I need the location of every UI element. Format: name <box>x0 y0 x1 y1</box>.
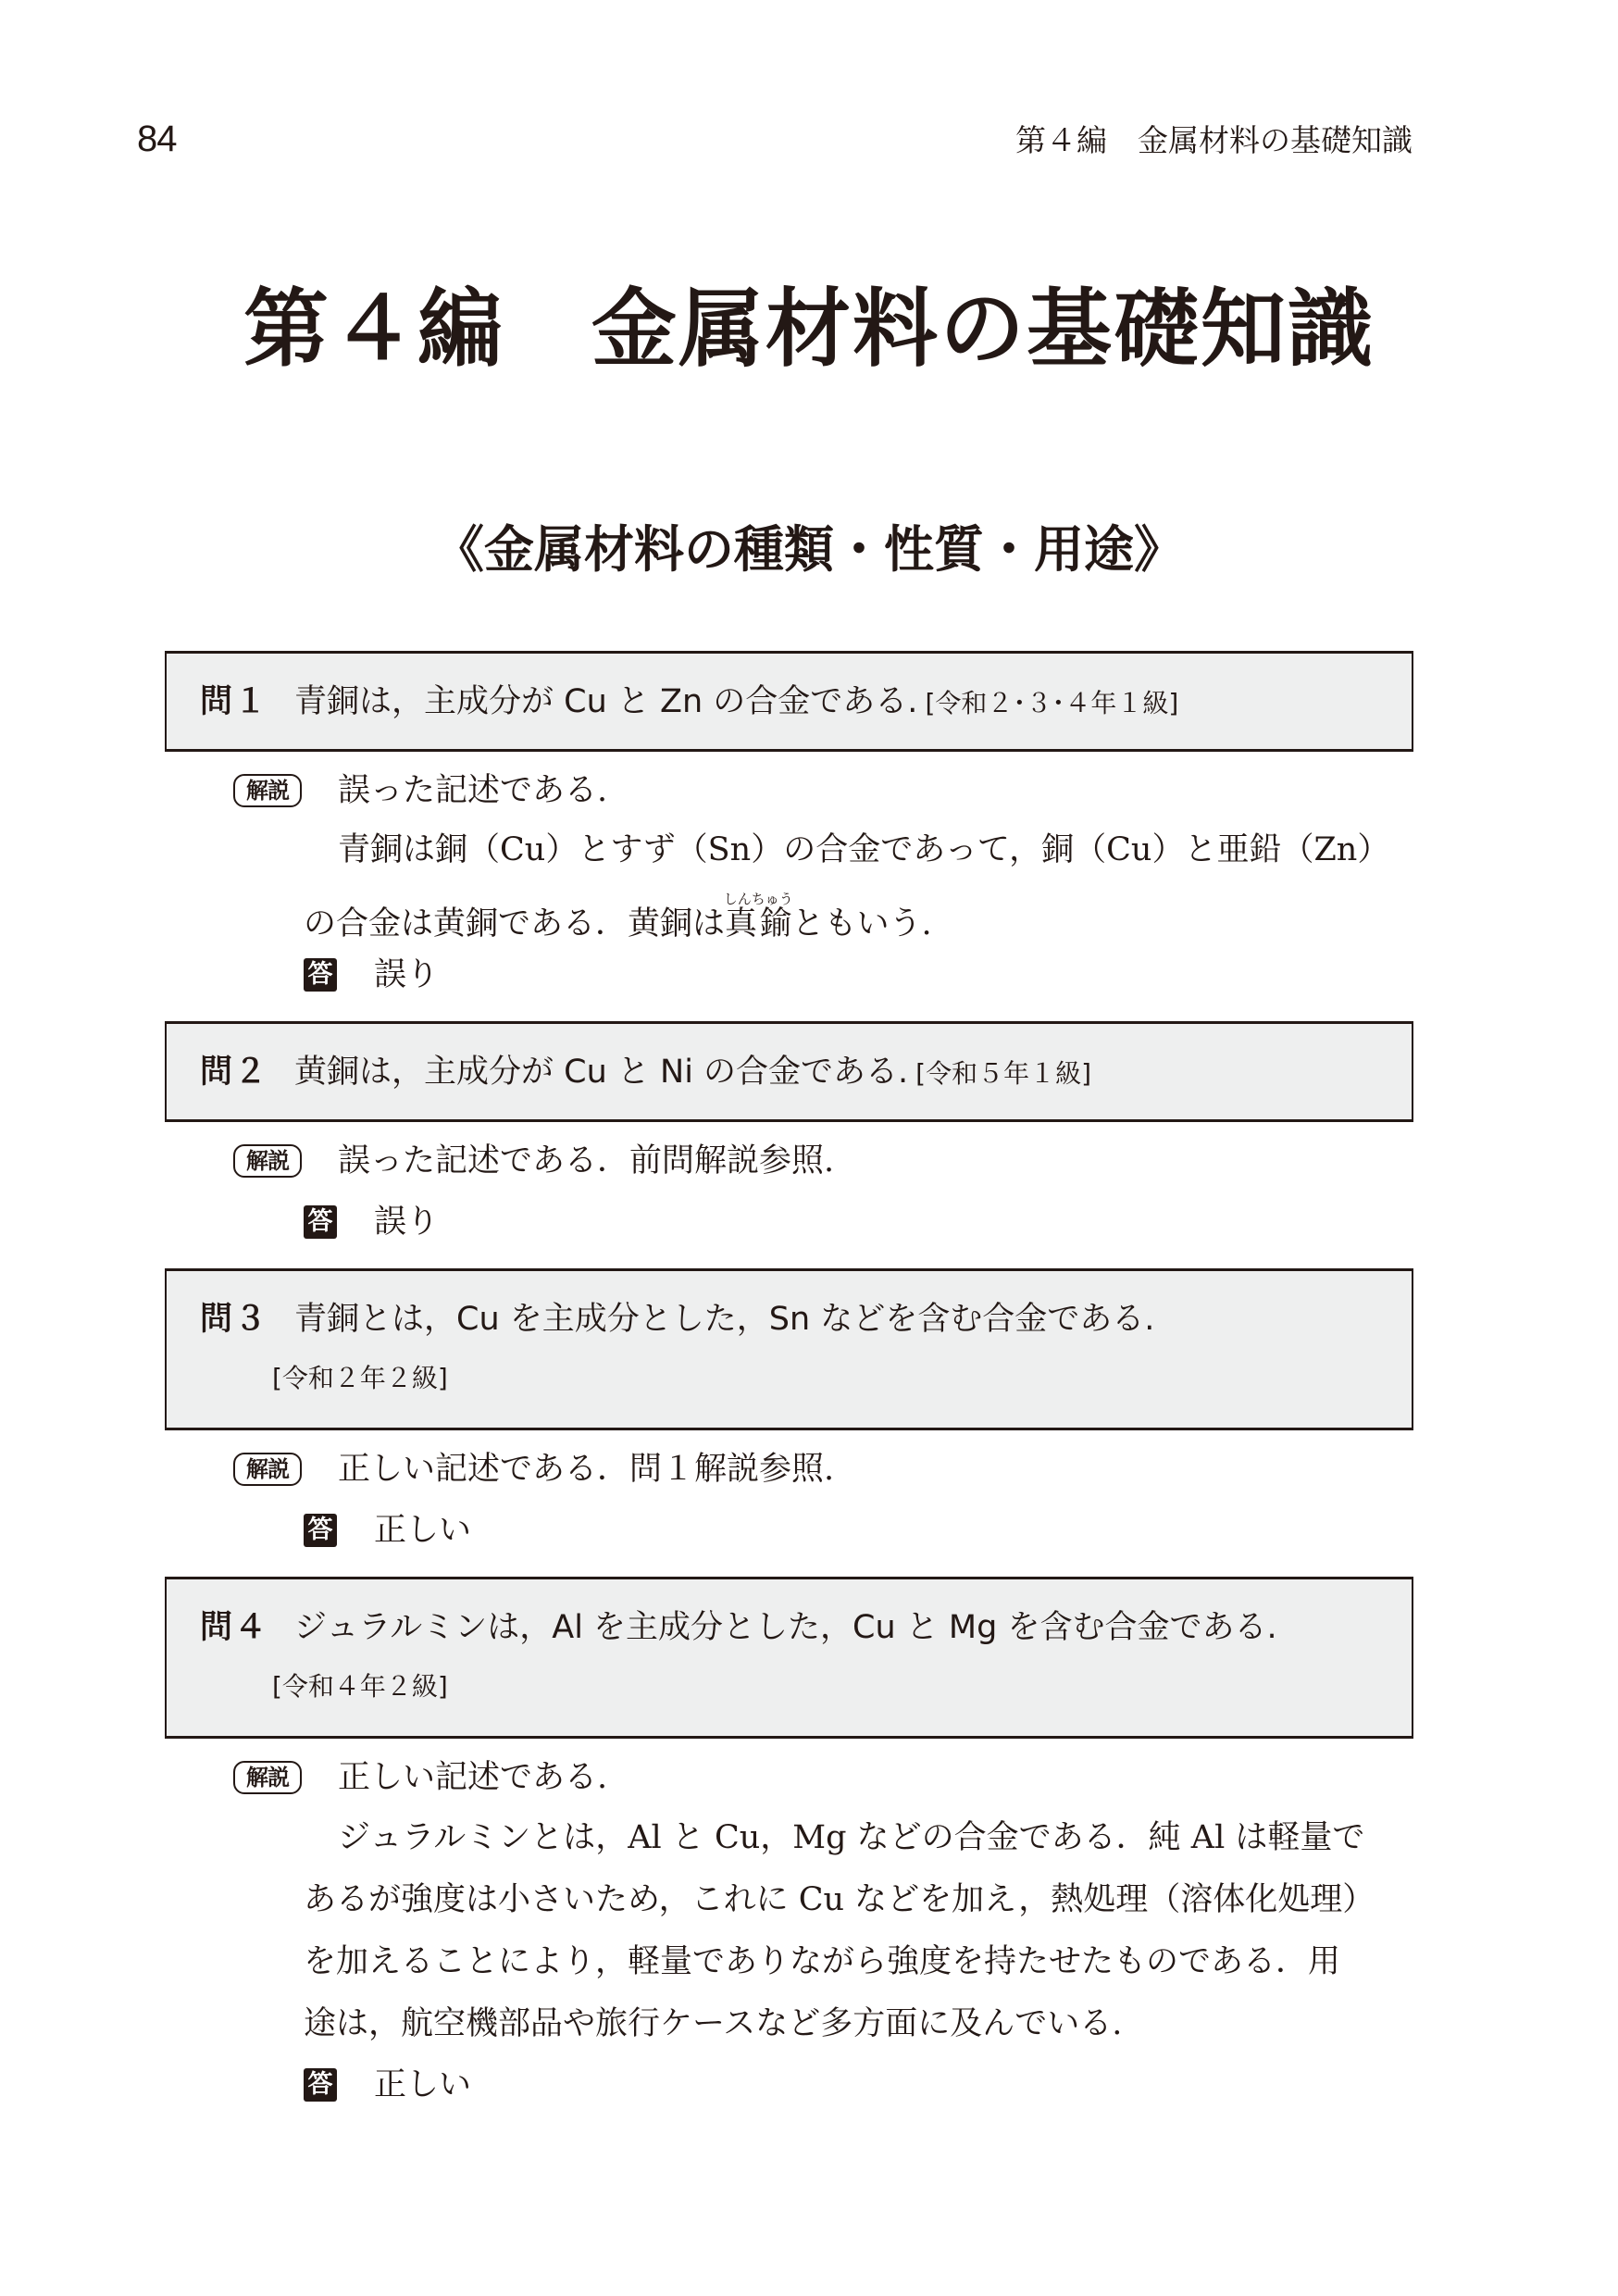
explanation-line: の合金は黄銅である．黄銅は真鍮しんちゅうともいう. <box>304 891 932 944</box>
question-source: [令和４年２級] <box>272 1670 448 1703</box>
ruby-reading: しんちゅう <box>724 891 793 907</box>
explanation-line: ジュラルミンとは，Al と Cu，Mg などの合金である．純 Al は軽量で <box>338 1817 1364 1858</box>
question-statement: 黄銅は，主成分が Cu と Ni の合金である. <box>294 1054 908 1091</box>
question-number: 問１ <box>200 683 268 720</box>
question-source: [令和２･３･４年１級] <box>925 688 1178 718</box>
ruby-base: 真鍮 <box>724 905 793 942</box>
explanation-badge: 解説 <box>233 1761 302 1794</box>
running-header: 第４編 金属材料の基礎知識 <box>1015 122 1413 159</box>
part-title: 第４編 金属材料の基礎知識 <box>0 278 1618 380</box>
question-line: 問３青銅とは，Cu を主成分とした，Sn などを含む合金である. <box>200 1299 1393 1340</box>
explanation-lead: 誤った記述である．前問解説参照. <box>338 1141 834 1181</box>
question-line: 問４ジュラルミンは，Al を主成分とした，Cu と Mg を含む合金である. <box>200 1607 1393 1648</box>
question-box-3: 問３青銅とは，Cu を主成分とした，Sn などを含む合金である. [令和２年２級… <box>165 1268 1413 1430</box>
answer-badge: 答 <box>304 2068 337 2102</box>
question-statement: 青銅は，主成分が Cu と Zn の合金である. <box>294 683 917 720</box>
question-box-1: 問１青銅は，主成分が Cu と Zn の合金である.[令和２･３･４年１級] <box>165 651 1413 752</box>
question-number: 問４ <box>200 1609 268 1646</box>
question-number: 問３ <box>200 1301 268 1338</box>
explanation-badge: 解説 <box>233 1453 302 1486</box>
question-line: 問１青銅は，主成分が Cu と Zn の合金である.[令和２･３･４年１級] <box>200 681 1393 724</box>
explanation-badge: 解説 <box>233 774 302 807</box>
section-title: 《金属材料の種類・性質・用途》 <box>0 518 1618 580</box>
question-line: 問２黄銅は，主成分が Cu と Ni の合金である.[令和５年１級] <box>200 1052 1393 1094</box>
question-statement: ジュラルミンは，Al を主成分とした，Cu と Mg を含む合金である. <box>294 1609 1277 1646</box>
page-number: 84 <box>137 117 177 161</box>
question-source: [令和５年１級] <box>915 1058 1091 1089</box>
explanation-line: 途は，航空機部品や旅行ケースなど多方面に及んでいる. <box>304 2003 1122 2044</box>
answer-text: 誤り <box>374 1202 439 1242</box>
answer-badge: 答 <box>304 1514 337 1547</box>
answer-text: 誤り <box>374 955 439 995</box>
explanation-line: あるが強度は小さいため，これに Cu などを加え，熱処理（溶体化処理） <box>304 1879 1375 1920</box>
ruby-term: 真鍮しんちゅう <box>725 905 792 942</box>
question-box-4: 問４ジュラルミンは，Al を主成分とした，Cu と Mg を含む合金である. [… <box>165 1577 1413 1739</box>
answer-text: 正しい <box>374 1510 471 1551</box>
explanation-line: を加えることにより，軽量でありながら強度を持たせたものである．用 <box>304 1941 1340 1982</box>
explanation-line: 青銅は銅（Cu）とすず（Sn）の合金であって，銅（Cu）と亜鉛（Zn） <box>338 830 1389 870</box>
answer-badge: 答 <box>304 958 337 992</box>
question-box-2: 問２黄銅は，主成分が Cu と Ni の合金である.[令和５年１級] <box>165 1021 1413 1122</box>
question-number: 問２ <box>200 1054 268 1091</box>
explanation-lead: 正しい記述である. <box>338 1757 607 1798</box>
explanation-lead: 誤った記述である. <box>338 770 607 811</box>
explanation-badge: 解説 <box>233 1144 302 1178</box>
explanation-text: ともいう. <box>792 905 932 942</box>
explanation-text: の合金は黄銅である．黄銅は <box>304 905 725 942</box>
question-statement: 青銅とは，Cu を主成分とした，Sn などを含む合金である. <box>294 1301 1154 1338</box>
explanation-lead: 正しい記述である．問１解説参照. <box>338 1449 834 1490</box>
question-source: [令和２年２級] <box>272 1362 448 1395</box>
answer-text: 正しい <box>374 2065 471 2105</box>
answer-badge: 答 <box>304 1205 337 1239</box>
